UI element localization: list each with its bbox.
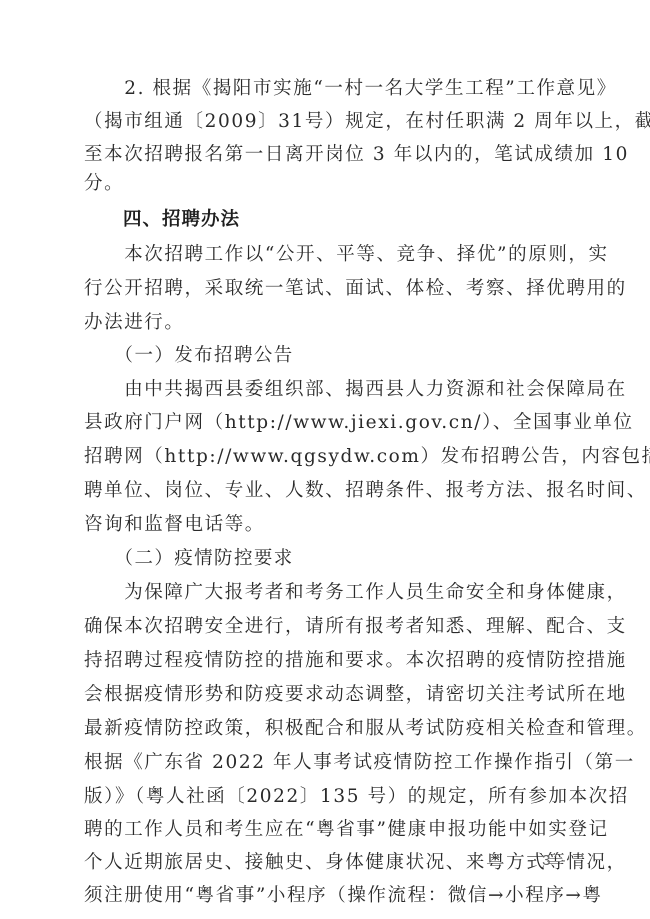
text-line: 须注册使用“粤省事”小程序（操作流程：微信→小程序→粤 [84, 884, 574, 908]
text-line: 确保本次招聘安全进行，请所有报考者知悉、理解、配合、支 [84, 615, 574, 639]
text-line: 最新疫情防控政策，积极配合和服从考试防疫相关检查和管理。 [84, 717, 574, 741]
text-line: 本次招聘工作以“公开、平等、竞争、择优”的原则，实 [84, 243, 574, 267]
document-page: 2. 根据《揭阳市实施“一村一名大学生工程”工作意见》（揭市组通〔2009〕31… [0, 0, 650, 919]
text-line: 个人近期旅居史、接触史、身体健康状况、来粤方式等情况， [84, 851, 574, 875]
text-line: 咨询和监督电话等。 [84, 513, 574, 537]
text-line: 会根据疫情形势和防疫要求动态调整，请密切关注考试所在地 [84, 683, 574, 707]
text-line: 根据《广东省 2022 年人事考试疫情防控工作操作指引（第一 [84, 751, 574, 775]
text-line: 为保障广大报考者和考务工作人员生命安全和身体健康， [84, 581, 574, 605]
subsection-heading: （一）发布招聘公告 [84, 344, 574, 368]
page-number: - 3 - [527, 852, 569, 869]
text-line: （揭市组通〔2009〕31号）规定，在村任职满 2 周年以上，截 [84, 110, 574, 134]
text-line: 聘的工作人员和考生应在“粤省事”健康申报功能中如实登记 [84, 818, 574, 842]
text-line: 至本次招聘报名第一日离开岗位 3 年以内的，笔试成绩加 10 [84, 143, 574, 167]
text-line: 行公开招聘，采取统一笔试、面试、体检、考察、择优聘用的 [84, 277, 574, 301]
text-line: 县政府门户网（http://www.jiexi.gov.cn/）、全国事业单位 [84, 411, 574, 435]
section-heading: 四、招聘办法 [84, 208, 574, 232]
text-line: 2. 根据《揭阳市实施“一村一名大学生工程”工作意见》 [84, 77, 574, 101]
text-line: 分。 [84, 172, 574, 196]
text-line: 聘单位、岗位、专业、人数、招聘条件、报考方法、报名时间、 [84, 479, 574, 503]
text-line: 办法进行。 [84, 311, 574, 335]
text-line: 招聘网（http://www.qgsydw.com）发布招聘公告，内容包括招 [84, 445, 574, 469]
text-line: 持招聘过程疫情防控的措施和要求。本次招聘的疫情防控措施 [84, 649, 574, 673]
text-line: 由中共揭西县委组织部、揭西县人力资源和社会保障局在 [84, 378, 574, 402]
text-line: 版）》（粤人社函〔2022〕135 号）的规定，所有参加本次招 [84, 785, 574, 809]
subsection-heading: （二）疫情防控要求 [84, 547, 574, 571]
